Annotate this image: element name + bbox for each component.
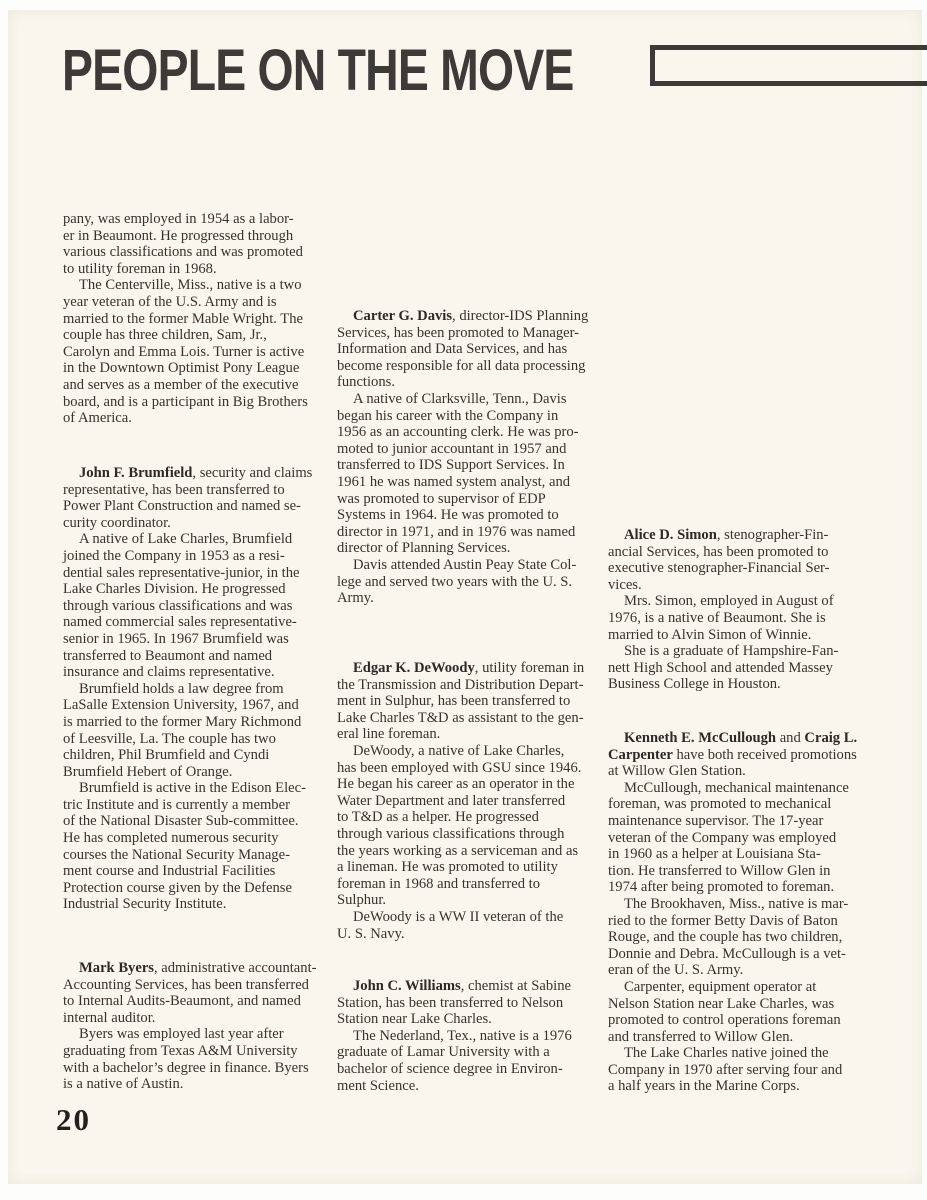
text-line: at Willow Glen Station. [608,763,886,780]
text-line: children, Phil Brumfield and Cyndi [63,747,335,764]
text-line: 1976, is a native of Beaumont. She is [608,610,886,627]
text-line: functions. [337,374,609,391]
text-line: She is a graduate of Hampshire-Fan- [608,643,886,660]
text-line: LaSalle Extension University, 1967, and [63,697,335,714]
text-line: He has completed numerous security [63,830,335,847]
text-line: 1961 he was named system analyst, and [337,474,609,491]
text-line: executive stenographer-Financial Ser- [608,560,886,577]
text-line: Systems in 1964. He was promoted to [337,507,609,524]
text-line: Kenneth E. McCullough and Craig L. [608,730,886,747]
story-dewoody: Edgar K. DeWoody, utility foreman inthe … [337,660,609,942]
text-line: eran of the U. S. Army. [608,962,886,979]
text-line: Power Plant Construction and named se- [63,498,335,515]
text-line: become responsible for all data processi… [337,358,609,375]
text-line: is married to the former Mary Richmond [63,714,335,731]
text-line: through various classifications through [337,826,609,843]
text-line: of Leesville, La. The couple has two [63,731,335,748]
text-line: Brumfield Hebert of Orange. [63,764,335,781]
text-line: ment course and Industrial Facilities [63,863,335,880]
text-line: to T&D as a helper. He progressed [337,809,609,826]
text-line: The Centerville, Miss., native is a two [63,277,335,294]
text-line: John C. Williams, chemist at Sabine [337,978,609,995]
text-line: Byers was employed last year after [63,1026,335,1043]
text-line: tric Institute and is currently a member [63,797,335,814]
story-brumfield: John F. Brumfield, security and claimsre… [63,465,335,913]
text-line: insurance and claims representative. [63,664,335,681]
story-davis: Carter G. Davis, director-IDS PlanningSe… [337,308,609,607]
text-line: veteran of the Company was employed [608,830,886,847]
text-line: Sulphur. [337,892,609,909]
text-line: eral line foreman. [337,726,609,743]
text-line: Brumfield holds a law degree from [63,681,335,698]
text-line: Industrial Security Institute. [63,896,335,913]
text-line: Army. [337,590,609,607]
text-line: John F. Brumfield, security and claims [63,465,335,482]
text-line: Accounting Services, has been transferre… [63,977,335,994]
text-line: The Brookhaven, Miss., native is mar- [608,896,886,913]
text-line: ment in Sulphur, has been transferred to [337,693,609,710]
text-line: and transferred to Willow Glen. [608,1029,886,1046]
text-line: foreman, was promoted to mechanical [608,796,886,813]
text-line: The Nederland, Tex., native is a 1976 [337,1028,609,1045]
text-line: Mark Byers, administrative accountant- [63,960,335,977]
text-line: the Transmission and Distribution Depart… [337,677,609,694]
text-line: began his career with the Company in [337,408,609,425]
text-line: ancial Services, has been promoted to [608,544,886,561]
page-title: PEOPLE ON THE MOVE [62,42,574,100]
text-line: Rouge, and the couple has two children, [608,929,886,946]
text-line: the years working as a serviceman and as [337,843,609,860]
text-line: Alice D. Simon, stenographer-Fin- [608,527,886,544]
text-line: U. S. Navy. [337,926,609,943]
text-line: transferred to IDS Support Services. In [337,457,609,474]
text-line: 1956 as an accounting clerk. He was pro- [337,424,609,441]
text-line: Water Department and later transferred [337,793,609,810]
text-line: board, and is a participant in Big Broth… [63,394,335,411]
text-line: married to Alvin Simon of Winnie. [608,627,886,644]
text-line: Nelson Station near Lake Charles, was [608,996,886,1013]
text-line: courses the National Security Manage- [63,847,335,864]
text-line: Carpenter, equipment operator at [608,979,886,996]
text-line: ment Science. [337,1078,609,1095]
text-line: bachelor of science degree in Environ- [337,1061,609,1078]
text-line: tion. He transferred to Willow Glen in [608,863,886,880]
text-line: a half years in the Marine Corps. [608,1078,886,1095]
text-line: Company in 1970 after serving four and [608,1062,886,1079]
text-line: pany, was employed in 1954 as a labor- [63,211,335,228]
story-williams: John C. Williams, chemist at SabineStati… [337,978,609,1094]
text-line: Station near Lake Charles. [337,1011,609,1028]
text-line: internal auditor. [63,1010,335,1027]
text-line: to utility foreman in 1968. [63,261,335,278]
text-line: in 1960 as a helper at Louisiana Sta- [608,846,886,863]
text-line: named commercial sales representative- [63,614,335,631]
story-turner-continuation: pany, was employed in 1954 as a labor-er… [63,211,335,427]
text-line: DeWoody, a native of Lake Charles, [337,743,609,760]
text-line: nett High School and attended Massey [608,660,886,677]
text-line: Donnie and Debra. McCullough is a vet- [608,946,886,963]
text-line: married to the former Mable Wright. The [63,311,335,328]
text-line: Business College in Houston. [608,676,886,693]
text-line: A native of Lake Charles, Brumfield [63,531,335,548]
text-line: promoted to control operations foreman [608,1012,886,1029]
text-line: Carpenter have both received promotions [608,747,886,764]
text-line: and serves as a member of the executive [63,377,335,394]
text-line: is a native of Austin. [63,1076,335,1093]
text-line: McCullough, mechanical maintenance [608,780,886,797]
text-line: to Internal Audits-Beaumont, and named [63,993,335,1010]
masthead-rule [650,45,927,86]
text-line: lege and served two years with the U. S. [337,574,609,591]
text-line: Mrs. Simon, employed in August of [608,593,886,610]
text-line: curity coordinator. [63,515,335,532]
text-line: has been employed with GSU since 1946. [337,760,609,777]
text-line: Services, has been promoted to Manager- [337,325,609,342]
text-line: foreman in 1968 and transferred to [337,876,609,893]
text-line: year veteran of the U.S. Army and is [63,294,335,311]
text-line: director in 1971, and in 1976 was named [337,524,609,541]
text-line: He began his career as an operator in th… [337,776,609,793]
text-line: representative, has been transferred to [63,482,335,499]
text-line: couple has three children, Sam, Jr., [63,327,335,344]
text-line: Carter G. Davis, director-IDS Planning [337,308,609,325]
text-line: Lake Charles Division. He progressed [63,581,335,598]
text-line: director of Planning Services. [337,540,609,557]
text-line: Davis attended Austin Peay State Col- [337,557,609,574]
story-mccullough-carpenter: Kenneth E. McCullough and Craig L.Carpen… [608,730,886,1095]
text-line: ried to the former Betty Davis of Baton [608,913,886,930]
text-line: Protection course given by the Defense [63,880,335,897]
page-number: 20 [56,1102,91,1138]
text-line: in the Downtown Optimist Pony League [63,360,335,377]
text-line: Lake Charles T&D as assistant to the gen… [337,710,609,727]
text-line: Edgar K. DeWoody, utility foreman in [337,660,609,677]
text-line: transferred to Beaumont and named [63,648,335,665]
text-line: a lineman. He was promoted to utility [337,859,609,876]
text-line: senior in 1965. In 1967 Brumfield was [63,631,335,648]
text-line: DeWoody is a WW II veteran of the [337,909,609,926]
text-line: 1974 after being promoted to foreman. [608,879,886,896]
text-line: through various classifications and was [63,598,335,615]
text-line: graduate of Lamar University with a [337,1044,609,1061]
text-line: The Lake Charles native joined the [608,1045,886,1062]
story-simon: Alice D. Simon, stenographer-Fin-ancial … [608,527,886,693]
text-line: with a bachelor’s degree in finance. Bye… [63,1060,335,1077]
text-line: joined the Company in 1953 as a resi- [63,548,335,565]
text-line: was promoted to supervisor of EDP [337,491,609,508]
text-line: Brumfield is active in the Edison Elec- [63,780,335,797]
text-line: Information and Data Services, and has [337,341,609,358]
text-line: A native of Clarksville, Tenn., Davis [337,391,609,408]
text-line: moted to junior accountant in 1957 and [337,441,609,458]
text-line: Station, has been transferred to Nelson [337,995,609,1012]
text-line: various classifications and was promoted [63,244,335,261]
text-line: er in Beaumont. He progressed through [63,228,335,245]
text-line: of the National Disaster Sub-committee. [63,813,335,830]
story-byers: Mark Byers, administrative accountant-Ac… [63,960,335,1093]
text-line: Carolyn and Emma Lois. Turner is active [63,344,335,361]
text-line: maintenance supervisor. The 17-year [608,813,886,830]
text-line: graduating from Texas A&M University [63,1043,335,1060]
text-line: of America. [63,410,335,427]
text-line: dential sales representative-junior, in … [63,565,335,582]
text-line: vices. [608,577,886,594]
